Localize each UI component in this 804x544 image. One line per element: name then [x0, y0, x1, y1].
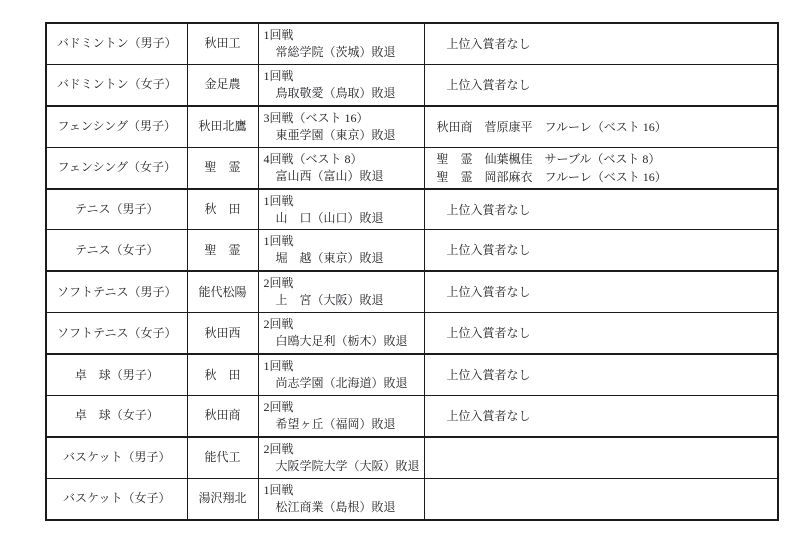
winners-cell: 上位入賞者なし	[424, 354, 778, 395]
result-cell: 1回戦鳥取敬愛（鳥取）敗退	[258, 64, 424, 105]
result-round: 4回戦（ベスト 8）	[259, 151, 424, 168]
no-winner-label: 上位入賞者なし	[425, 201, 778, 219]
no-winner-label: 上位入賞者なし	[425, 324, 778, 342]
sport-cell: ソフトテニス（男子）	[46, 271, 187, 312]
result-round: 3回戦（ベスト 16）	[259, 110, 424, 127]
no-winner-label: 上位入賞者なし	[425, 283, 778, 301]
sport-cell: テニス（女子）	[46, 230, 187, 271]
winners-cell: 上位入賞者なし	[424, 23, 778, 64]
no-winner-label: 上位入賞者なし	[425, 35, 778, 53]
winners-cell: 秋田商 菅原康平 フルーレ（ベスト 16）	[424, 106, 778, 147]
winners-cell: 上位入賞者なし	[424, 189, 778, 230]
result-round: 1回戦	[259, 358, 424, 375]
result-opponent: 山 口（山口）敗退	[259, 210, 424, 227]
winners-cell	[424, 437, 778, 478]
no-winner-label: 上位入賞者なし	[425, 407, 778, 425]
result-round: 2回戦	[259, 441, 424, 458]
sport-cell: フェンシング（女子）	[46, 147, 187, 188]
result-opponent: 大阪学院大学（大阪）敗退	[259, 458, 424, 475]
no-winner-label: 上位入賞者なし	[425, 366, 778, 384]
winners-cell: 上位入賞者なし	[424, 313, 778, 354]
winners-cell: 上位入賞者なし	[424, 396, 778, 437]
winners-cell: 上位入賞者なし	[424, 230, 778, 271]
result-cell: 2回戦上 宮（大阪）敗退	[258, 271, 424, 312]
result-cell: 1回戦常総学院（茨城）敗退	[258, 23, 424, 64]
result-opponent: 常総学院（茨城）敗退	[259, 44, 424, 61]
no-winner-label: 上位入賞者なし	[425, 76, 778, 94]
winner-entry: 聖 霊 岡部麻衣 フルーレ（ベスト 16）	[425, 168, 778, 186]
school-cell: 秋田北鷹	[187, 106, 258, 147]
result-opponent: 松江商業（島根）敗退	[259, 499, 424, 516]
school-cell: 金足農	[187, 64, 258, 105]
school-cell: 秋 田	[187, 189, 258, 230]
sport-cell: バスケット（女子）	[46, 478, 187, 519]
result-round: 2回戦	[259, 275, 424, 292]
result-round: 2回戦	[259, 399, 424, 416]
result-opponent: 鳥取敬愛（鳥取）敗退	[259, 85, 424, 102]
table-row: バスケット（女子）湯沢翔北1回戦松江商業（島根）敗退	[46, 478, 778, 519]
school-cell: 秋田工	[187, 23, 258, 64]
result-round: 1回戦	[259, 193, 424, 210]
result-opponent: 希望ヶ丘（福岡）敗退	[259, 416, 424, 433]
sport-cell: ソフトテニス（女子）	[46, 313, 187, 354]
result-opponent: 東亜学園（東京）敗退	[259, 127, 424, 144]
table-row: 卓 球（女子）秋田商2回戦希望ヶ丘（福岡）敗退上位入賞者なし	[46, 396, 778, 437]
table-row: バスケット（男子）能代工2回戦大阪学院大学（大阪）敗退	[46, 437, 778, 478]
sport-cell: フェンシング（男子）	[46, 106, 187, 147]
school-cell: 秋田西	[187, 313, 258, 354]
result-opponent: 白鴎大足利（栃木）敗退	[259, 333, 424, 350]
results-table-body: バドミントン（男子）秋田工1回戦常総学院（茨城）敗退上位入賞者なしバドミントン（…	[46, 23, 778, 520]
result-round: 1回戦	[259, 233, 424, 250]
no-winner-label: 上位入賞者なし	[425, 241, 778, 259]
winners-cell: 聖 霊 仙葉楓佳 サーブル（ベスト 8）聖 霊 岡部麻衣 フルーレ（ベスト 16…	[424, 147, 778, 188]
winners-cell	[424, 478, 778, 519]
table-row: 卓 球（男子）秋 田1回戦尚志学園（北海道）敗退上位入賞者なし	[46, 354, 778, 395]
result-cell: 2回戦白鴎大足利（栃木）敗退	[258, 313, 424, 354]
result-cell: 1回戦堀 越（東京）敗退	[258, 230, 424, 271]
results-table: バドミントン（男子）秋田工1回戦常総学院（茨城）敗退上位入賞者なしバドミントン（…	[45, 22, 779, 521]
table-row: フェンシング（男子）秋田北鷹3回戦（ベスト 16）東亜学園（東京）敗退秋田商 菅…	[46, 106, 778, 147]
result-cell: 1回戦山 口（山口）敗退	[258, 189, 424, 230]
school-cell: 湯沢翔北	[187, 478, 258, 519]
table-row: ソフトテニス（女子）秋田西2回戦白鴎大足利（栃木）敗退上位入賞者なし	[46, 313, 778, 354]
sport-cell: バドミントン（女子）	[46, 64, 187, 105]
school-cell: 聖 霊	[187, 147, 258, 188]
table-row: フェンシング（女子）聖 霊4回戦（ベスト 8）富山西（富山）敗退聖 霊 仙葉楓佳…	[46, 147, 778, 188]
result-cell: 2回戦大阪学院大学（大阪）敗退	[258, 437, 424, 478]
sport-cell: テニス（男子）	[46, 189, 187, 230]
school-cell: 秋田商	[187, 396, 258, 437]
sport-cell: 卓 球（男子）	[46, 354, 187, 395]
school-cell: 能代松陽	[187, 271, 258, 312]
school-cell: 能代工	[187, 437, 258, 478]
result-round: 1回戦	[259, 68, 424, 85]
result-opponent: 堀 越（東京）敗退	[259, 250, 424, 267]
winner-entry: 聖 霊 仙葉楓佳 サーブル（ベスト 8）	[425, 150, 778, 168]
result-round: 1回戦	[259, 27, 424, 44]
winners-cell: 上位入賞者なし	[424, 64, 778, 105]
result-opponent: 上 宮（大阪）敗退	[259, 292, 424, 309]
document-page: バドミントン（男子）秋田工1回戦常総学院（茨城）敗退上位入賞者なしバドミントン（…	[0, 0, 804, 544]
result-round: 1回戦	[259, 482, 424, 499]
winners-cell: 上位入賞者なし	[424, 271, 778, 312]
result-opponent: 尚志学園（北海道）敗退	[259, 375, 424, 392]
table-row: ソフトテニス（男子）能代松陽2回戦上 宮（大阪）敗退上位入賞者なし	[46, 271, 778, 312]
result-opponent: 富山西（富山）敗退	[259, 168, 424, 185]
result-cell: 3回戦（ベスト 16）東亜学園（東京）敗退	[258, 106, 424, 147]
result-cell: 1回戦尚志学園（北海道）敗退	[258, 354, 424, 395]
sport-cell: バスケット（男子）	[46, 437, 187, 478]
result-cell: 4回戦（ベスト 8）富山西（富山）敗退	[258, 147, 424, 188]
table-row: テニス（男子）秋 田1回戦山 口（山口）敗退上位入賞者なし	[46, 189, 778, 230]
result-cell: 1回戦松江商業（島根）敗退	[258, 478, 424, 519]
school-cell: 聖 霊	[187, 230, 258, 271]
table-row: バドミントン（男子）秋田工1回戦常総学院（茨城）敗退上位入賞者なし	[46, 23, 778, 64]
winner-entry: 秋田商 菅原康平 フルーレ（ベスト 16）	[425, 118, 778, 136]
sport-cell: バドミントン（男子）	[46, 23, 187, 64]
result-round: 2回戦	[259, 316, 424, 333]
school-cell: 秋 田	[187, 354, 258, 395]
result-cell: 2回戦希望ヶ丘（福岡）敗退	[258, 396, 424, 437]
sport-cell: 卓 球（女子）	[46, 396, 187, 437]
table-row: テニス（女子）聖 霊1回戦堀 越（東京）敗退上位入賞者なし	[46, 230, 778, 271]
table-row: バドミントン（女子）金足農1回戦鳥取敬愛（鳥取）敗退上位入賞者なし	[46, 64, 778, 105]
